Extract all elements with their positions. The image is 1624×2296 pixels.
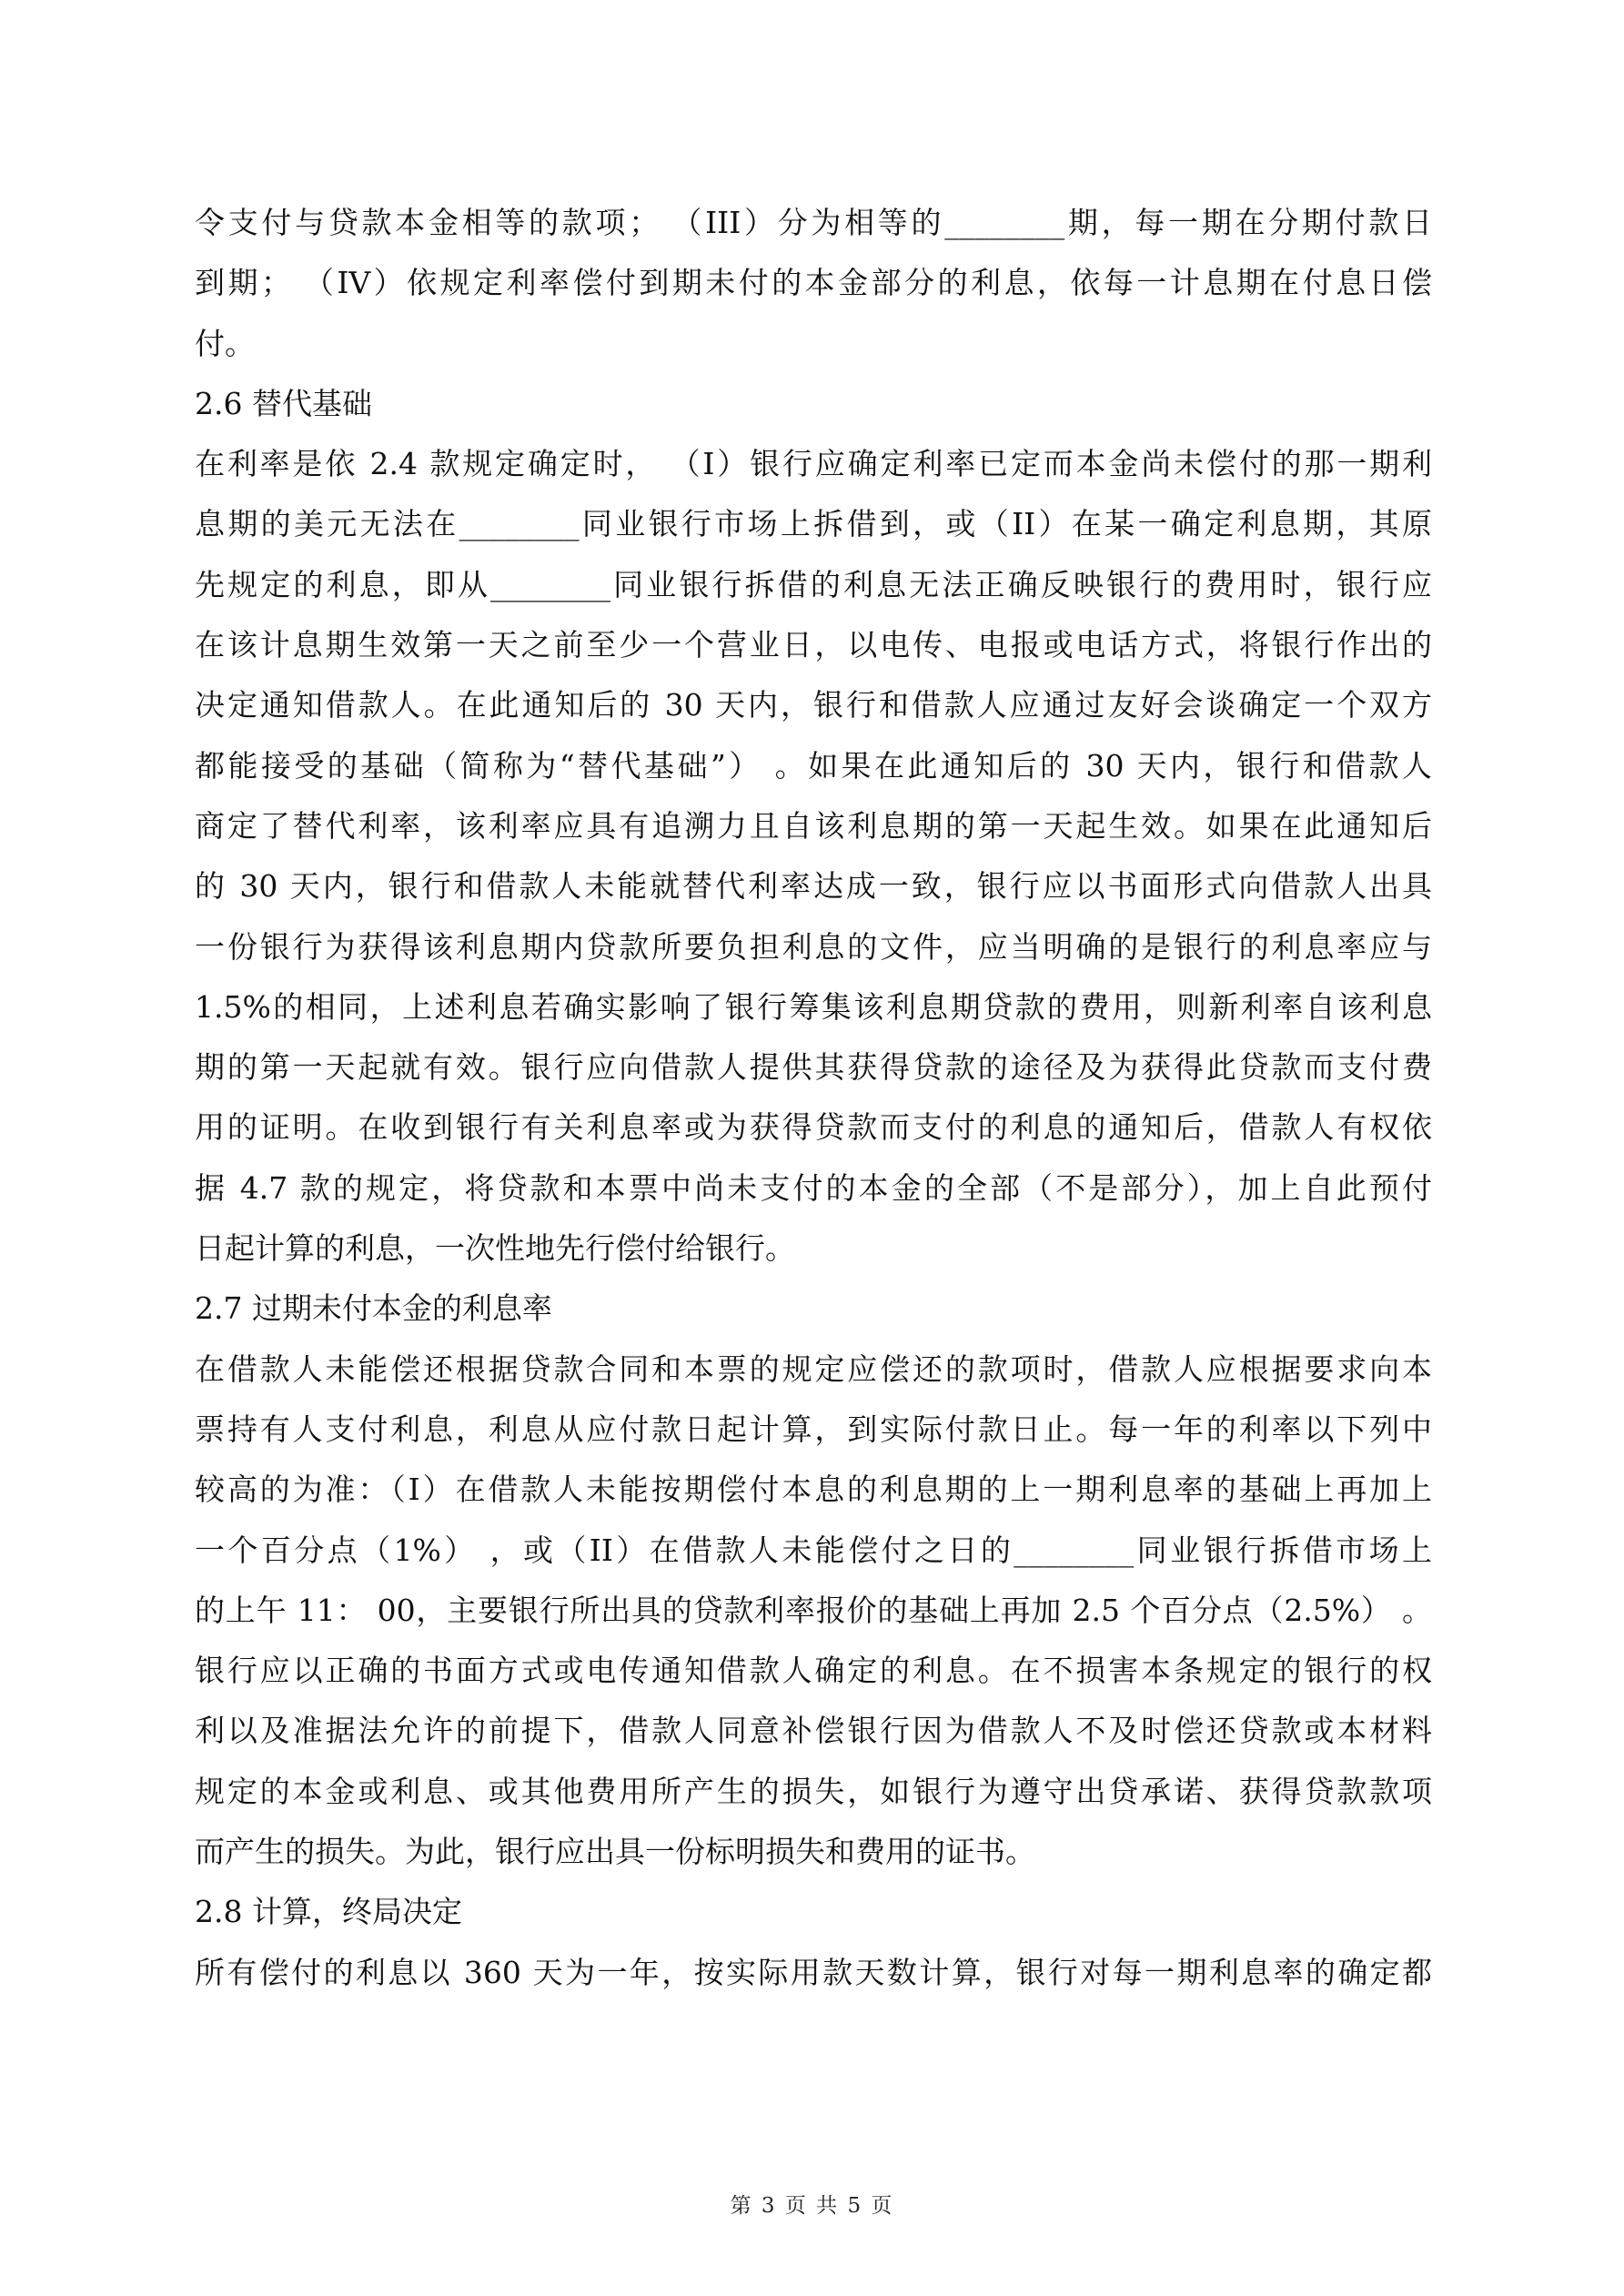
text-line: 在该计息期生效第一天之前至少一个营业日，以电传、电报或电话方式，将银行作出的 [195,615,1432,675]
text-line: 银行应以正确的书面方式或电传通知借款人确定的利息。在不损害本条规定的银行的权 [195,1641,1432,1701]
page-footer: 第 3 页 共 5 页 [0,2189,1624,2219]
text-line: 所有偿付的利息以 360 天为一年，按实际用款天数计算，银行对每一期利息率的确定… [195,1943,1432,2003]
text-line: 的上午 11： 00，主要银行所出具的贷款利率报价的基础上再加 2.5 个百分点… [195,1581,1432,1641]
text-line: 决定通知借款人。在此通知后的 30 天内，银行和借款人应通过友好会谈确定一个双方 [195,675,1432,735]
text-line: 息期的美元无法在________同业银行市场上拆借到，或（II）在某一确定利息期… [195,494,1432,554]
text-line: 到期； （IV）依规定利率偿付到期未付的本金部分的利息，依每一计息期在付息日偿 [195,253,1432,313]
text-line: 期的第一天起就有效。银行应向借款人提供其获得贷款的途径及为获得此贷款而支付费 [195,1037,1432,1097]
text-line: 商定了替代利率，该利率应具有追溯力且自该利息期的第一天起生效。如果在此通知后 [195,796,1432,856]
text-line: 据 4.7 款的规定，将贷款和本票中尚未支付的本金的全部（不是部分），加上自此预… [195,1158,1432,1219]
text-line: 用的证明。在收到银行有关利息率或为获得贷款而支付的利息的通知后，借款人有权依 [195,1097,1432,1158]
text-line: 而产生的损失。为此，银行应出具一份标明损失和费用的证书。 [195,1822,1432,1882]
text-line: 票持有人支付利息，利息从应付款日起计算，到实际付款日止。每一年的利率以下列中 [195,1400,1432,1460]
section-heading-2-8: 2.8 计算，终局决定 [195,1882,1432,1942]
text-line: 利以及准据法允许的前提下，借款人同意补偿银行因为借款人不及时偿还贷款或本材料 [195,1701,1432,1761]
text-line: 在借款人未能偿还根据贷款合同和本票的规定应偿还的款项时，借款人应根据要求向本 [195,1340,1432,1400]
text-line: 较高的为准：（I）在借款人未能按期偿付本息的利息期的上一期利息率的基础上再加上 [195,1460,1432,1520]
text-line: 先规定的利息，即从________同业银行拆借的利息无法正确反映银行的费用时，银… [195,555,1432,615]
text-line: 1.5%的相同，上述利息若确实影响了银行筹集该利息期贷款的费用，则新利率自该利息 [195,977,1432,1037]
text-line: 日起计算的利息，一次性地先行偿付给银行。 [195,1219,1432,1279]
section-heading-2-6: 2.6 替代基础 [195,374,1432,434]
text-line: 在利率是依 2.4 款规定确定时， （I）银行应确定利率已定而本金尚未偿付的那一… [195,434,1432,494]
text-line: 一份银行为获得该利息期内贷款所要负担利息的文件，应当明确的是银行的利息率应与 [195,917,1432,977]
text-line: 的 30 天内，银行和借款人未能就替代利率达成一致，银行应以书面形式向借款人出具 [195,856,1432,916]
text-line: 令支付与贷款本金相等的款项； （III）分为相等的________期，每一期在分… [195,193,1432,253]
text-line: 一个百分点（1%） ，或（II）在借款人未能偿付之日的________同业银行拆… [195,1521,1432,1581]
text-line: 付。 [195,314,1432,374]
text-line: 规定的本金或利息、或其他费用所产生的损失，如银行为遵守出贷承诺、获得贷款款项 [195,1762,1432,1822]
text-line: 都能接受的基础（简称为“替代基础”） 。如果在此通知后的 30 天内，银行和借款… [195,736,1432,796]
document-page: 令支付与贷款本金相等的款项； （III）分为相等的________期，每一期在分… [195,193,1432,2003]
section-heading-2-7: 2.7 过期未付本金的利息率 [195,1279,1432,1339]
